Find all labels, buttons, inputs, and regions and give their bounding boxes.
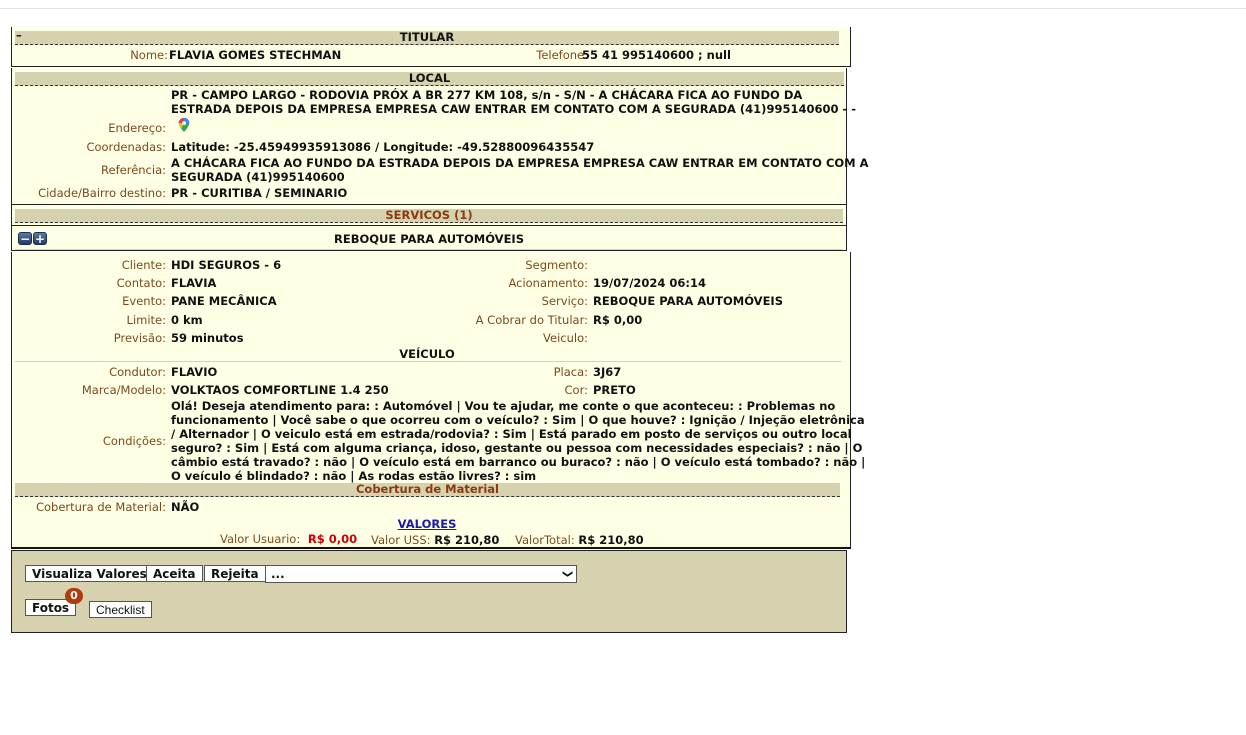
contato-label: Contato: <box>117 276 166 290</box>
cidade-value: PR - CURITIBA / SEMINARIO <box>171 186 347 200</box>
coordenadas-label: Coordenadas: <box>86 140 166 154</box>
cliente-value: HDI SEGUROS - 6 <box>171 258 281 272</box>
action-select[interactable]: ... ❯ <box>265 565 577 583</box>
local-title: LOCAL <box>409 71 450 85</box>
service-details-section: Cliente: HDI SEGUROS - 6 Contato: FLAVIA… <box>11 252 851 549</box>
evento-label: Evento: <box>122 294 166 308</box>
cobertura-title: Cobertura de Material <box>356 482 499 496</box>
titular-title: TITULAR <box>400 30 454 44</box>
telefone-value: 55 41 995140600 ; null <box>582 48 731 62</box>
condutor-label: Condutor: <box>109 365 166 379</box>
google-maps-pin-icon[interactable] <box>177 117 191 133</box>
service-item-title: REBOQUE PARA AUTOMÓVEIS <box>334 232 524 246</box>
visualiza-valores-button[interactable]: Visualiza Valores <box>25 565 154 582</box>
valor-uss-label: Valor USS: <box>371 533 431 547</box>
veiculo-header: VEÍCULO <box>399 347 455 361</box>
servico-value: REBOQUE PARA AUTOMÓVEIS <box>593 294 783 308</box>
condicoes-label: Condições: <box>103 434 166 448</box>
valor-total-label: ValorTotal: <box>515 533 575 547</box>
cobertura-value: NÃO <box>171 500 199 514</box>
endereco-label: Endereço: <box>108 121 166 135</box>
checklist-button[interactable]: Checklist <box>89 601 152 618</box>
coordenadas-value: Latitude: -25.45949935913086 / Longitude… <box>171 140 594 154</box>
valor-usuario-label: Valor Usuario: <box>220 532 300 546</box>
referencia-line-1: A CHÁCARA FICA AO FUNDO DA ESTRADA DEPOI… <box>171 156 869 170</box>
contato-value: FLAVIA <box>171 276 216 290</box>
referencia-label: Referência: <box>101 163 166 177</box>
collapse-toggle[interactable]: – <box>16 29 22 42</box>
servicos-header: SERVICOS (1) <box>15 209 843 223</box>
condutor-value: FLAVIO <box>171 365 217 379</box>
titular-section: – TITULAR Nome: FLAVIA GOMES STECHMAN Te… <box>11 27 851 67</box>
divider <box>15 249 843 250</box>
rejeita-button[interactable]: Rejeita <box>204 565 266 582</box>
cobrar-titular-label: A Cobrar do Titular: <box>476 313 588 327</box>
veiculo-label: Veiculo: <box>543 331 588 345</box>
cor-label: Cor: <box>565 383 588 397</box>
top-divider <box>0 8 1246 9</box>
actions-panel: Visualiza Valores Aceita Rejeita ... ❯ F… <box>11 550 847 633</box>
titular-header: – TITULAR <box>15 31 839 45</box>
segmento-label: Segmento: <box>525 258 588 272</box>
cidade-label: Cidade/Bairro destino: <box>38 186 166 200</box>
limite-value: 0 km <box>171 313 203 327</box>
valor-total-value: R$ 210,80 <box>578 533 643 547</box>
servicos-section: SERVICOS (1) <box>11 204 847 226</box>
valores-link[interactable]: VALORES <box>398 517 457 531</box>
previsao-label: Previsão: <box>114 331 166 345</box>
nome-value: FLAVIA GOMES STECHMAN <box>169 48 341 62</box>
marca-label: Marca/Modelo: <box>82 383 166 397</box>
fotos-count-badge: 0 <box>65 588 83 604</box>
referencia-line-2: SEGURADA (41)995140600 <box>171 170 345 184</box>
cobrar-titular-value: R$ 0,00 <box>593 313 642 327</box>
cor-value: PRETO <box>593 383 636 397</box>
marca-value: VOLKTAOS COMFORTLINE 1.4 250 <box>171 383 389 397</box>
condicoes-line: Olá! Deseja atendimento para: : Automóve… <box>171 399 835 413</box>
servico-label: Serviço: <box>542 294 588 308</box>
endereco-line-2: ESTRADA DEPOIS DA EMPRESA EMPRESA CAW EN… <box>171 102 856 116</box>
telefone-label: Telefone: <box>536 48 588 62</box>
servicos-title: SERVICOS (1) <box>385 208 472 222</box>
limite-label: Limite: <box>127 313 166 327</box>
condicoes-line: seguro? : Sim | Está com alguma criança,… <box>171 441 862 455</box>
cliente-label: Cliente: <box>122 258 166 272</box>
condicoes-line: câmbio está travado? : não | O veículo e… <box>171 455 865 469</box>
action-select-value: ... <box>271 567 285 581</box>
placa-value: 3J67 <box>593 365 621 379</box>
previsao-value: 59 minutos <box>171 331 244 345</box>
evento-value: PANE MECÂNICA <box>171 294 277 308</box>
valor-usuario-value: R$ 0,00 <box>308 532 357 546</box>
placa-label: Placa: <box>554 365 588 379</box>
service-item-row: − + REBOQUE PARA AUTOMÓVEIS <box>11 226 847 251</box>
chevron-down-icon: ❯ <box>559 570 575 578</box>
valor-uss-value: R$ 210,80 <box>434 533 499 547</box>
divider <box>15 361 841 362</box>
local-header: LOCAL <box>15 72 844 86</box>
acionamento-label: Acionamento: <box>508 276 588 290</box>
cobertura-label: Cobertura de Material: <box>36 500 166 514</box>
condicoes-line: O veículo é blindado? : não | As rodas e… <box>171 469 536 483</box>
endereco-line-1: PR - CAMPO LARGO - RODOVIA PRÓX A BR 277… <box>171 88 802 102</box>
acionamento-value: 19/07/2024 06:14 <box>593 276 706 290</box>
condicoes-line: / Alternador | O veiculo está em estrada… <box>171 427 852 441</box>
nome-label: Nome: <box>130 48 168 62</box>
condicoes-line: funcionamento | Você sabe o que ocorreu … <box>171 413 865 427</box>
aceita-button[interactable]: Aceita <box>146 565 203 582</box>
cobertura-header: Cobertura de Material <box>15 483 840 497</box>
local-section: LOCAL PR - CAMPO LARGO - RODOVIA PRÓX A … <box>11 68 847 204</box>
